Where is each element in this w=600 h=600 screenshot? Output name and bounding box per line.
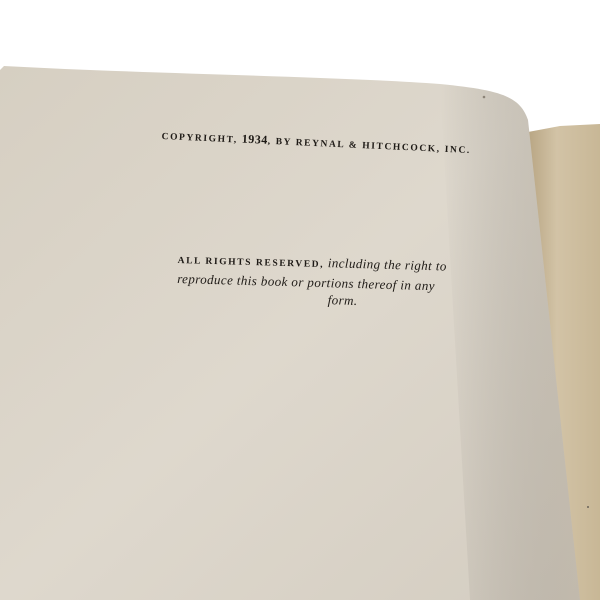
book-photo: COPYRIGHT, 1934, BY REYNAL & HITCHCOCK, … <box>0 0 600 600</box>
rights-notice: ALL RIGHTS RESERVED, including the right… <box>176 250 507 313</box>
rights-smallcaps: ALL RIGHTS RESERVED, <box>178 256 325 270</box>
rights-line-1-rest: including the right to <box>324 255 447 273</box>
copyright-prefix: COPYRIGHT, <box>161 132 242 146</box>
copyright-year: 1934 <box>242 132 269 147</box>
